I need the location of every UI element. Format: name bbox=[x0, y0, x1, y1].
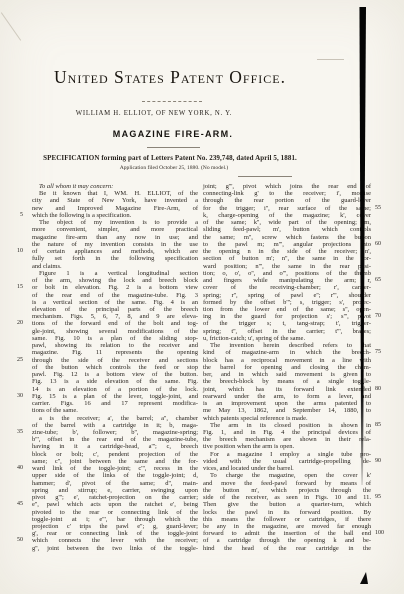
line-number bbox=[13, 422, 32, 429]
text-line: and claims. bbox=[13, 263, 198, 270]
line-text: for the trigger; i'', rear surface of th… bbox=[203, 205, 371, 212]
line-text: Fig. 15 is a plan of the lever, toggle-j… bbox=[32, 393, 198, 400]
line-number bbox=[13, 494, 32, 501]
line-number bbox=[371, 320, 386, 327]
line-text: The object of my invention is to provide… bbox=[32, 219, 198, 226]
line-number bbox=[371, 190, 386, 197]
spec-divider bbox=[238, 176, 292, 177]
line-text: To charge the magazine, open the cover k… bbox=[203, 472, 371, 479]
line-text: locks the pawl in its forward position. … bbox=[203, 509, 371, 516]
line-number bbox=[371, 342, 386, 349]
text-line: 35zine-tube; b', follower; b'', magazine… bbox=[13, 429, 198, 436]
line-number: 15 bbox=[13, 284, 32, 291]
line-text: 14 is an elevation of a portion of the l… bbox=[32, 386, 198, 393]
page-title: United States Patent Office. bbox=[54, 67, 286, 88]
line-number bbox=[13, 190, 32, 197]
text-line: k, charge-opening of the magazine; k', c… bbox=[203, 212, 386, 219]
line-text: To all whom it may concern: bbox=[32, 183, 198, 190]
line-number bbox=[371, 226, 386, 233]
line-text: projection c' trips the pawl e''; g, gua… bbox=[32, 523, 198, 530]
text-line: pawl. Fig. 12 is a bottom view of the bu… bbox=[13, 371, 198, 378]
text-line: To charge the magazine, open the cover k… bbox=[203, 472, 386, 479]
title-divider bbox=[147, 147, 200, 148]
line-number bbox=[13, 183, 32, 190]
text-line: 50which connects the lever with the rece… bbox=[13, 537, 198, 544]
text-line: the nature of my invention consists in t… bbox=[13, 241, 198, 248]
line-number: 45 bbox=[13, 501, 32, 508]
line-number: 70 bbox=[371, 313, 386, 320]
text-line: of the same; k'', wide part of the openi… bbox=[203, 219, 386, 226]
text-line: hammer; d', pivot of the same; d'', main… bbox=[13, 480, 198, 487]
line-text: the breech mechanism are shown in their … bbox=[203, 436, 371, 443]
line-text: the same; m'', screw which fastens the b… bbox=[203, 234, 371, 241]
line-text: of the button which controls the feed or… bbox=[32, 364, 198, 371]
text-line: me May 13, 1862, and September 14, 1880,… bbox=[203, 407, 386, 414]
line-number bbox=[371, 436, 386, 443]
line-number: 75 bbox=[371, 349, 386, 356]
line-text: b''', offset in the rear end of the maga… bbox=[32, 436, 198, 443]
line-text: Be it known that I, WM. H. ELLIOT, of th… bbox=[32, 190, 198, 197]
line-number: 80 bbox=[371, 386, 386, 393]
text-line: ing in the guard for projection s'; s'''… bbox=[203, 313, 386, 320]
line-text: and claims. bbox=[32, 263, 198, 270]
text-line: cover of the receiving-chamber; r', carr… bbox=[203, 284, 386, 291]
line-text: g'', joint between the two links of the … bbox=[32, 545, 198, 552]
text-line: the breech mechanism are shown in their … bbox=[203, 436, 386, 443]
text-line: of a cartridge through the opening k and… bbox=[203, 537, 386, 544]
line-number bbox=[371, 393, 386, 400]
line-text: spring; t'', offset in the carrier; t'''… bbox=[203, 328, 371, 335]
text-line: and fingers while manipulating the arm; … bbox=[203, 277, 386, 284]
text-line: 10of certain appliances and methods, whi… bbox=[13, 248, 198, 255]
text-line: of the arm, showing the lock and breech … bbox=[13, 277, 198, 284]
text-line: Fig. 13 is a side elevation of the same.… bbox=[13, 378, 198, 385]
line-text: which the following is a specification. bbox=[32, 212, 198, 219]
line-text: elevation of the principal parts of the … bbox=[32, 306, 198, 313]
text-line: 14 is an elevation of a portion of the l… bbox=[13, 386, 198, 393]
text-line: magazine. Fig. 11 represents the opening bbox=[13, 349, 198, 356]
text-line: same; c'', joint between the same and th… bbox=[13, 458, 198, 465]
line-number bbox=[371, 212, 386, 219]
line-number bbox=[371, 248, 386, 255]
line-text: ward link of the toggle-joint; c''', rec… bbox=[32, 465, 198, 472]
line-number bbox=[13, 407, 32, 414]
text-line: g'', joint between the two links of the … bbox=[13, 545, 198, 552]
text-line: spring and stirrup; e, carrier, swinging… bbox=[13, 487, 198, 494]
line-number bbox=[13, 292, 32, 299]
line-text: carrier. Figs. 16 and 17 represent modif… bbox=[32, 400, 198, 407]
line-text: of a cartridge through the opening k and… bbox=[203, 537, 371, 544]
text-line: ward position; n''', the same in the rea… bbox=[203, 263, 386, 270]
text-line: gle-joint, showing several modifications… bbox=[13, 328, 198, 335]
line-number bbox=[13, 255, 32, 262]
text-line: 15or bolt in elevation. Fig. 2 is a bott… bbox=[13, 284, 198, 291]
text-line: of the trigger s; t, tang-strap; t', tri… bbox=[203, 320, 386, 327]
text-line: mechanism. Figs. 5, 6, 7, 8, and 9 are e… bbox=[13, 313, 198, 320]
text-line: of the barrel with a cartridge in it; b,… bbox=[13, 422, 198, 429]
header-divider bbox=[142, 101, 202, 102]
text-line: For a magazine I employ a single tube pr… bbox=[203, 451, 386, 458]
text-line: pawl, showing its relation to the receiv… bbox=[13, 342, 198, 349]
text-line: side of the receiver, as seen in Figs. 1… bbox=[203, 494, 386, 501]
text-line: is an improvement upon the arms patented… bbox=[203, 400, 386, 407]
line-text: hind the head of the rear cartridge in t… bbox=[203, 545, 371, 552]
text-line: 5which the following is a specification. bbox=[13, 212, 198, 219]
line-number bbox=[13, 328, 32, 335]
line-number bbox=[371, 480, 386, 487]
line-text: joint; g''', pivot which joins the rear … bbox=[203, 183, 371, 190]
line-number: 50 bbox=[13, 537, 32, 544]
text-line: tion; o, o', o'', and o''', positions of… bbox=[203, 270, 386, 277]
line-text: of certain appliances and methods, which… bbox=[32, 248, 198, 255]
line-number bbox=[13, 349, 32, 356]
line-number bbox=[371, 429, 386, 436]
line-text: gle-joint, showing several modifications… bbox=[32, 328, 198, 335]
line-text: of the arm, showing the lock and breech … bbox=[32, 277, 198, 284]
line-text: u, friction-catch; u', spring of the sam… bbox=[203, 335, 371, 342]
line-text: sliding feed-pawl; m', button which cont… bbox=[203, 226, 371, 233]
text-line: through the rear portion of the guard-le… bbox=[203, 197, 386, 204]
line-number bbox=[371, 545, 386, 552]
line-text: ward position; n''', the same in the rea… bbox=[203, 263, 371, 270]
line-number bbox=[371, 523, 386, 530]
line-number: 90 bbox=[371, 458, 386, 465]
line-text: connecting-link g' to the receiver; i', … bbox=[203, 190, 371, 197]
line-number: 35 bbox=[13, 429, 32, 436]
text-line: magazine fire-arm than any now in use; a… bbox=[13, 234, 198, 241]
line-text: spring; r'', spring of pawl e''; r''', s… bbox=[203, 292, 371, 299]
line-number bbox=[371, 335, 386, 342]
line-number bbox=[13, 451, 32, 458]
specification-line: SPECIFICATION forming part of Letters Pa… bbox=[43, 154, 297, 162]
line-number bbox=[13, 530, 32, 537]
text-line: To all whom it may concern: bbox=[13, 183, 198, 190]
text-line: formed by the offset b'''; s, trigger; s… bbox=[203, 299, 386, 306]
line-number bbox=[13, 545, 32, 552]
line-text: kind of magazine-arm in which the breech… bbox=[203, 349, 371, 356]
text-line: hind the head of the rear cartridge in t… bbox=[203, 545, 386, 552]
line-number bbox=[371, 407, 386, 414]
line-text: cover of the receiving-chamber; r', carr… bbox=[203, 284, 371, 291]
line-text: forward to admit the insertion of the ba… bbox=[203, 530, 371, 537]
line-text: magazine fire-arm than any now in use; a… bbox=[32, 234, 198, 241]
line-text: same; c'', joint between the same and th… bbox=[32, 458, 198, 465]
line-text: For a magazine I employ a single tube pr… bbox=[203, 451, 371, 458]
text-line: and move the feed-pawl forward by means … bbox=[203, 480, 386, 487]
line-text: through the side of the receiver and sec… bbox=[32, 357, 198, 364]
line-text: block or bolt; c', pendent projection of… bbox=[32, 451, 198, 458]
line-number bbox=[371, 183, 386, 190]
text-line: forward to admit the insertion of the ba… bbox=[203, 530, 386, 537]
line-text: section of button m'; n'', the same in t… bbox=[203, 255, 371, 262]
line-number bbox=[13, 219, 32, 226]
line-text: pivot g'''; e', ratchet-projection on th… bbox=[32, 494, 198, 501]
line-number: 40 bbox=[13, 465, 32, 472]
line-number: 5 bbox=[13, 212, 32, 219]
line-number bbox=[371, 537, 386, 544]
line-text: g', rear or connecting link of the toggl… bbox=[32, 530, 198, 537]
line-number bbox=[13, 335, 32, 342]
line-text: me May 13, 1862, and September 14, 1880,… bbox=[203, 407, 371, 414]
line-number bbox=[13, 277, 32, 284]
line-text: formed by the offset b'''; s, trigger; s… bbox=[203, 299, 371, 306]
line-number bbox=[13, 487, 32, 494]
text-line: locks the pawl in its forward position. … bbox=[203, 509, 386, 516]
text-line: 25through the side of the receiver and s… bbox=[13, 357, 198, 364]
text-line: of the button which controls the feed or… bbox=[13, 364, 198, 371]
text-line: more convenient, simpler, and more pract… bbox=[13, 226, 198, 233]
line-text: is an improvement upon the arms patented… bbox=[203, 400, 371, 407]
text-line: block has a reciprocal movement in a lin… bbox=[203, 357, 386, 364]
line-text: side of the receiver, as seen in Figs. 1… bbox=[203, 494, 371, 501]
scan-ink-mark bbox=[360, 572, 368, 584]
line-number bbox=[13, 386, 32, 393]
line-number bbox=[13, 234, 32, 241]
specification-body: To all whom it may concern:Be it known t… bbox=[13, 183, 386, 552]
text-line: Then give the button a quarter-turn, whi… bbox=[203, 501, 386, 508]
line-text: e'', pawl which acts upon the ratchet e'… bbox=[32, 501, 198, 508]
text-line: The object of my invention is to provide… bbox=[13, 219, 198, 226]
text-line: of the rear end of the magazine-tube. Fi… bbox=[13, 292, 198, 299]
line-text: through the rear portion of the guard-le… bbox=[203, 197, 371, 204]
line-number bbox=[371, 357, 386, 364]
text-line: having in it a cartridge-head, a'''; c, … bbox=[13, 443, 198, 450]
line-number bbox=[371, 292, 386, 299]
line-number bbox=[13, 226, 32, 233]
text-line: pivot g'''; e', ratchet-projection on th… bbox=[13, 494, 198, 501]
line-number bbox=[13, 378, 32, 385]
line-text: The arm in its closed position is shown … bbox=[203, 422, 371, 429]
text-line: Figure 1 is a vertical longitudinal sect… bbox=[13, 270, 198, 277]
line-text: same. Fig. 10 is a plan of the sliding s… bbox=[32, 335, 198, 342]
line-number: 100 bbox=[371, 530, 386, 537]
text-line: same. Fig. 10 is a plan of the sliding s… bbox=[13, 335, 198, 342]
line-number: 65 bbox=[371, 277, 386, 284]
line-text: Fig. 1, and in Fig. 4 the principal devi… bbox=[203, 429, 371, 436]
line-number bbox=[371, 234, 386, 241]
line-text: of the rear end of the magazine-tube. Fi… bbox=[32, 292, 198, 299]
line-text: toggle-joint at i; e''', bar through whi… bbox=[32, 516, 198, 523]
line-number bbox=[371, 465, 386, 472]
line-text: the button m', which projects through th… bbox=[203, 487, 371, 494]
line-text: block has a reciprocal movement in a lin… bbox=[203, 357, 371, 364]
text-line: vided with the usual cartridge-propellin… bbox=[203, 458, 386, 465]
line-number bbox=[13, 241, 32, 248]
text-line: new and Improved Magazine Fire-Arm, of bbox=[13, 205, 198, 212]
line-number bbox=[13, 197, 32, 204]
line-number bbox=[371, 472, 386, 479]
line-text: the barrel for opening and closing the c… bbox=[203, 364, 371, 371]
line-text: zine-tube; b', follower; b'', magazine-s… bbox=[32, 429, 198, 436]
text-line: upper side of the links of the toggle-jo… bbox=[13, 472, 198, 479]
line-number bbox=[13, 364, 32, 371]
line-number bbox=[371, 284, 386, 291]
line-number bbox=[371, 328, 386, 335]
line-text: joint, which has its forward link extend… bbox=[203, 386, 371, 393]
line-text: ing in the guard for projection s'; s'''… bbox=[203, 313, 371, 320]
text-line: 40ward link of the toggle-joint; c''', r… bbox=[13, 465, 198, 472]
line-text: this means the follower or cartridges, i… bbox=[203, 516, 371, 523]
text-line: the button m', which projects through th… bbox=[203, 487, 386, 494]
line-number bbox=[13, 400, 32, 407]
line-number bbox=[13, 436, 32, 443]
text-line: pivoted to the rear or connecting link o… bbox=[13, 509, 198, 516]
line-text: tions of the forward end of the bolt and… bbox=[32, 320, 198, 327]
line-text: Fig. 13 is a side elevation of the same.… bbox=[32, 378, 198, 385]
line-number bbox=[371, 255, 386, 262]
line-text: the breech-block by means of a single to… bbox=[203, 378, 371, 385]
text-line: city and State of New York, have invente… bbox=[13, 197, 198, 204]
line-text: and fingers while manipulating the arm; … bbox=[203, 277, 371, 284]
text-line: ber, and in which said movement is given… bbox=[203, 371, 386, 378]
text-line: The arm in its closed position is shown … bbox=[203, 422, 386, 429]
text-line: block or bolt; c', pendent projection of… bbox=[13, 451, 198, 458]
line-number bbox=[371, 501, 386, 508]
line-number bbox=[13, 306, 32, 313]
line-text: pawl, showing its relation to the receiv… bbox=[32, 342, 198, 349]
text-line: joint; g''', pivot which joins the rear … bbox=[203, 183, 386, 190]
text-line: kind of magazine-arm in which the breech… bbox=[203, 349, 386, 356]
line-text: a is the receiver; a', the barrel; a'', … bbox=[32, 415, 198, 422]
line-number bbox=[13, 313, 32, 320]
text-line: the breech-block by means of a single to… bbox=[203, 378, 386, 385]
line-number bbox=[371, 263, 386, 270]
text-line: connecting-link g' to the receiver; i', … bbox=[203, 190, 386, 197]
line-number bbox=[371, 516, 386, 523]
line-number bbox=[371, 197, 386, 204]
line-text: of the trigger s; t, tang-strap; t', tri… bbox=[203, 320, 371, 327]
line-number bbox=[13, 516, 32, 523]
scan-scratch-top-right bbox=[317, 59, 344, 60]
line-number bbox=[371, 364, 386, 371]
text-line: this means the follower or cartridges, i… bbox=[203, 516, 386, 523]
line-number: 25 bbox=[13, 357, 32, 364]
text-line: the barrel for opening and closing the c… bbox=[203, 364, 386, 371]
line-text: be any in the magazine, are moved far en… bbox=[203, 523, 371, 530]
line-text: k, charge-opening of the magazine; k', c… bbox=[203, 212, 371, 219]
text-line: sliding feed-pawl; m', button which cont… bbox=[203, 226, 386, 233]
line-number bbox=[371, 371, 386, 378]
line-number bbox=[371, 487, 386, 494]
line-text: more convenient, simpler, and more pract… bbox=[32, 226, 198, 233]
right-column: joint; g''', pivot which joins the rear … bbox=[203, 183, 386, 552]
application-line: Application filed October 25, 1880. (No … bbox=[120, 165, 229, 171]
line-number bbox=[13, 263, 32, 270]
text-line: toggle-joint at i; e''', bar through whi… bbox=[13, 516, 198, 523]
text-line: elevation of the principal parts of the … bbox=[13, 306, 198, 313]
text-line: u, friction-catch; u', spring of the sam… bbox=[203, 335, 386, 342]
line-number bbox=[13, 472, 32, 479]
line-text: is a vertical section of the same. Fig. … bbox=[32, 299, 198, 306]
line-text: fully set forth in the following specifi… bbox=[32, 255, 198, 262]
text-line: 30Fig. 15 is a plan of the lever, toggle… bbox=[13, 393, 198, 400]
line-text: pivoted to the rear or connecting link o… bbox=[32, 509, 198, 516]
line-text: Figure 1 is a vertical longitudinal sect… bbox=[32, 270, 198, 277]
text-line: the same; m'', screw which fastens the b… bbox=[203, 234, 386, 241]
line-number bbox=[13, 443, 32, 450]
line-text: which connects the lever with the receiv… bbox=[32, 537, 198, 544]
text-line: projection c' trips the pawl e''; g, gua… bbox=[13, 523, 198, 530]
line-number bbox=[13, 205, 32, 212]
text-line: rearward under the arm, to form a lever,… bbox=[203, 393, 386, 400]
text-line: 45e'', pawl which acts upon the ratchet … bbox=[13, 501, 198, 508]
text-line: be any in the magazine, are moved far en… bbox=[203, 523, 386, 530]
text-line: tion from the lower end of the same; s''… bbox=[203, 306, 386, 313]
text-line: vices, and located under the barrel. bbox=[203, 465, 386, 472]
line-text: hammer; d', pivot of the same; d'', main… bbox=[32, 480, 198, 487]
line-number: 20 bbox=[13, 320, 32, 327]
line-text: tion; o, o', o'', and o''', positions of… bbox=[203, 270, 371, 277]
line-text: rearward under the arm, to form a lever,… bbox=[203, 393, 371, 400]
line-number: 55 bbox=[371, 205, 386, 212]
text-line: joint, which has its forward link extend… bbox=[203, 386, 386, 393]
line-number bbox=[371, 306, 386, 313]
line-number: 95 bbox=[371, 494, 386, 501]
text-line: tive position when the arm is open. bbox=[203, 443, 386, 450]
line-number bbox=[371, 219, 386, 226]
line-number bbox=[13, 458, 32, 465]
line-text: upper side of the links of the toggle-jo… bbox=[32, 472, 198, 479]
line-number bbox=[371, 415, 386, 422]
text-line: Fig. 1, and in Fig. 4 the principal devi… bbox=[203, 429, 386, 436]
text-line: a is the receiver; a', the barrel; a'', … bbox=[13, 415, 198, 422]
inventor-line: WILLIAM H. ELLIOT, OF NEW YORK, N. Y. bbox=[76, 110, 232, 117]
text-line: which patents special reference is made. bbox=[203, 415, 386, 422]
line-number bbox=[13, 523, 32, 530]
line-number bbox=[371, 299, 386, 306]
line-number bbox=[13, 299, 32, 306]
line-text: having in it a cartridge-head, a'''; c, … bbox=[32, 443, 198, 450]
line-text: the nature of my invention consists in t… bbox=[32, 241, 198, 248]
line-text: The invention herein described refers to… bbox=[203, 342, 371, 349]
text-line: b''', offset in the rear end of the maga… bbox=[13, 436, 198, 443]
line-number: 60 bbox=[371, 241, 386, 248]
text-line: to the pawl m; m''', angular projections… bbox=[203, 241, 386, 248]
left-column: To all whom it may concern:Be it known t… bbox=[13, 183, 198, 552]
line-text: city and State of New York, have invente… bbox=[32, 197, 198, 204]
text-line: carrier. Figs. 16 and 17 represent modif… bbox=[13, 400, 198, 407]
line-text: mechanism. Figs. 5, 6, 7, 8, and 9 are e… bbox=[32, 313, 198, 320]
line-text: spring and stirrup; e, carrier, swinging… bbox=[32, 487, 198, 494]
text-line: fully set forth in the following specifi… bbox=[13, 255, 198, 262]
line-text: of the barrel with a cartridge in it; b,… bbox=[32, 422, 198, 429]
line-text: and move the feed-pawl forward by means … bbox=[203, 480, 371, 487]
line-number bbox=[13, 415, 32, 422]
text-line: The invention herein described refers to… bbox=[203, 342, 386, 349]
line-text: vices, and located under the barrel. bbox=[203, 465, 371, 472]
line-number bbox=[13, 342, 32, 349]
line-number bbox=[371, 378, 386, 385]
line-text: tive position when the arm is open. bbox=[203, 443, 371, 450]
line-number: 30 bbox=[13, 393, 32, 400]
text-line: the opening n in the side of the receive… bbox=[203, 248, 386, 255]
line-text: to the pawl m; m''', angular projections… bbox=[203, 241, 371, 248]
line-number bbox=[13, 480, 32, 487]
line-text: new and Improved Magazine Fire-Arm, of bbox=[32, 205, 198, 212]
line-number bbox=[13, 371, 32, 378]
line-text: ber, and in which said movement is given… bbox=[203, 371, 371, 378]
text-line: spring; r'', spring of pawl e''; r''', s… bbox=[203, 292, 386, 299]
line-text: magazine. Fig. 11 represents the opening bbox=[32, 349, 198, 356]
line-number bbox=[371, 400, 386, 407]
text-line: 20tions of the forward end of the bolt a… bbox=[13, 320, 198, 327]
scan-scratch-top-left bbox=[1, 12, 21, 40]
line-text: the opening n in the side of the receive… bbox=[203, 248, 371, 255]
text-line: is a vertical section of the same. Fig. … bbox=[13, 299, 198, 306]
line-text: of the same; k'', wide part of the openi… bbox=[203, 219, 371, 226]
line-text: or bolt in elevation. Fig. 2 is a bottom… bbox=[32, 284, 198, 291]
line-number bbox=[371, 451, 386, 458]
